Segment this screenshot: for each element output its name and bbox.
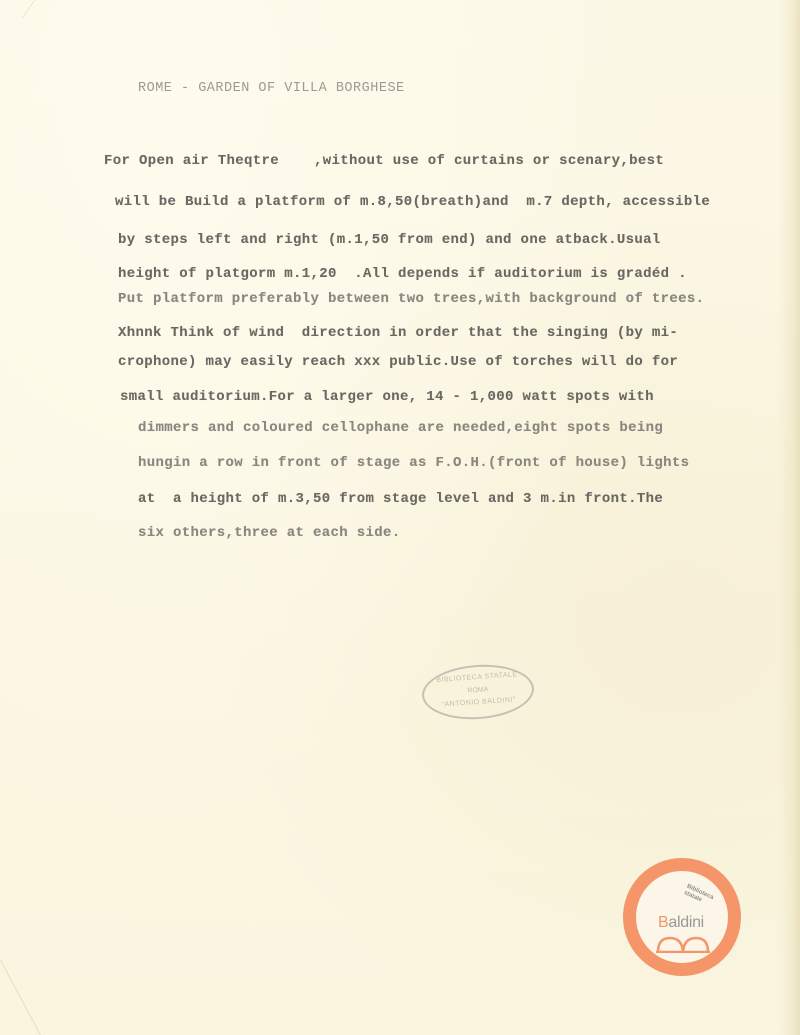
document-heading: ROME - GARDEN OF VILLA BORGHESE [138, 81, 405, 96]
body-line: at a height of m.3,50 from stage level a… [138, 491, 663, 507]
body-line: will be Build a platform of m.8,50(breat… [115, 194, 710, 210]
paper-fold-mark [22, 0, 56, 18]
stamp-line-3: "ANTONIO BALDINI" [425, 695, 533, 710]
logo-subtitle: Biblioteca statale [682, 884, 714, 909]
body-line: height of platgorm m.1,20 .All depends i… [118, 266, 687, 282]
body-line: For Open air Theqtre ,without use of cur… [104, 153, 664, 169]
body-line: by steps left and right (m.1,50 from end… [118, 232, 661, 248]
stamp-line-1: BIBLIOTECA STATALE [423, 670, 531, 685]
paper-edge-shadow [778, 0, 800, 1035]
body-line: small auditorium.For a larger one, 14 - … [120, 389, 654, 405]
baldini-library-logo: Biblioteca statale Baldini [623, 858, 741, 976]
library-stamp: BIBLIOTECA STATALE ROMA "ANTONIO BALDINI… [420, 661, 535, 723]
body-line: Put platform preferably between two tree… [118, 291, 704, 307]
body-line: six others,three at each side. [138, 525, 401, 541]
logo-wordmark: Baldini [658, 914, 704, 932]
body-line: Xhnnk Think of wind direction in order t… [118, 325, 678, 341]
body-line: dimmers and coloured cellophane are need… [138, 420, 663, 436]
body-line: hungin a row in front of stage as F.O.H.… [138, 455, 689, 471]
document-page: ROME - GARDEN OF VILLA BORGHESE For Open… [0, 0, 800, 1035]
paper-fold-mark [0, 960, 104, 1035]
body-line: crophone) may easily reach xxx public.Us… [118, 354, 678, 370]
open-book-icon [656, 935, 710, 953]
